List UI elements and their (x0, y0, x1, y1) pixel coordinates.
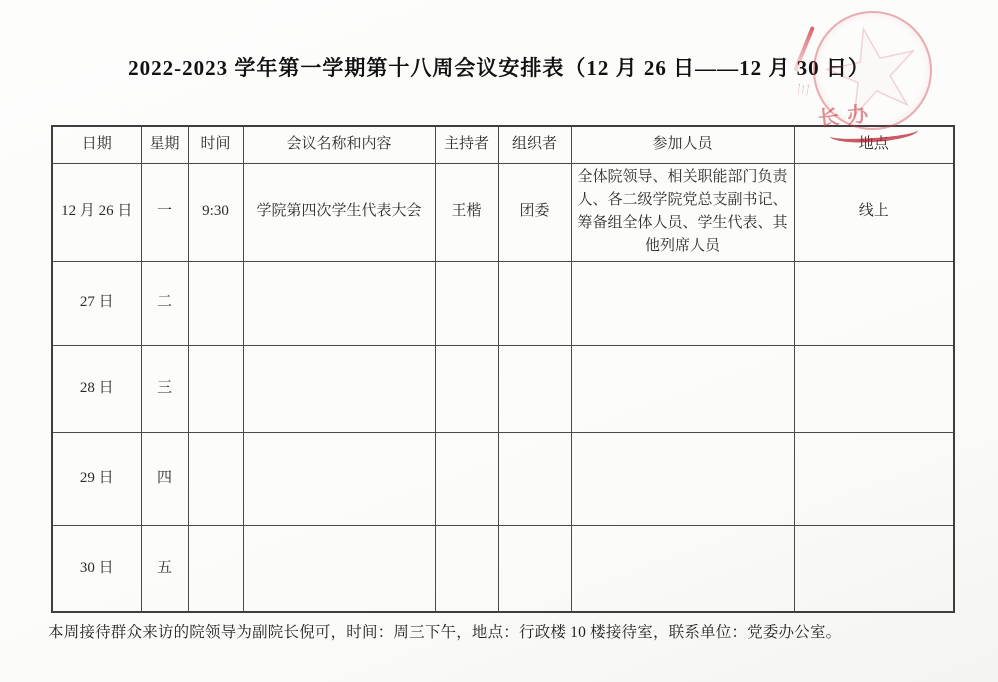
table-row: 28 日 三 (52, 345, 954, 432)
cell-organizer (498, 261, 571, 345)
cell-weekday: 一 (141, 163, 188, 261)
table-row: 12 月 26 日 一 9:30 学院第四次学生代表大会 王楷 团委 全体院领导… (52, 163, 954, 261)
cell-weekday: 二 (141, 261, 188, 345)
header-cell-time: 时间 (188, 126, 243, 163)
header-cell-organizer: 组织者 (498, 126, 571, 163)
cell-host: 王楷 (435, 163, 498, 261)
table-row: 29 日 四 (52, 432, 954, 525)
cell-time (188, 432, 243, 525)
cell-time (188, 525, 243, 612)
cell-date: 30 日 (52, 525, 141, 612)
cell-date: 29 日 (52, 432, 141, 525)
cell-meeting (243, 432, 435, 525)
cell-time: 9:30 (188, 163, 243, 261)
cell-weekday: 五 (141, 525, 188, 612)
cell-meeting (243, 345, 435, 432)
cell-participants (571, 261, 794, 345)
header-cell-host: 主持者 (435, 126, 498, 163)
cell-organizer (498, 525, 571, 612)
cell-participants: 全体院领导、相关职能部门负责人、各二级学院党总支副书记、筹备组全体人员、学生代表… (571, 163, 794, 261)
cell-organizer: 团委 (498, 163, 571, 261)
cell-host (435, 261, 498, 345)
cell-location (794, 432, 954, 525)
cell-participants (571, 432, 794, 525)
stamp-side-mark: 三 (792, 81, 813, 97)
header-cell-weekday: 星期 (141, 126, 188, 163)
footer-note: 本周接待群众来访的院领导为副院长倪可，时间：周三下午，地点：行政楼 10 楼接待… (48, 620, 968, 642)
cell-organizer (498, 345, 571, 432)
cell-time (188, 261, 243, 345)
cell-meeting (243, 525, 435, 612)
cell-weekday: 四 (141, 432, 188, 525)
cell-organizer (498, 432, 571, 525)
header-cell-meeting: 会议名称和内容 (243, 126, 435, 163)
table-row: 30 日 五 (52, 525, 954, 612)
cell-location (794, 525, 954, 612)
header-cell-location: 地点 (794, 126, 954, 163)
cell-date: 27 日 (52, 261, 141, 345)
cell-date: 28 日 (52, 345, 141, 432)
header-cell-participants: 参加人员 (571, 126, 794, 163)
cell-participants (571, 525, 794, 612)
cell-host (435, 525, 498, 612)
header-cell-date: 日期 (52, 126, 141, 163)
scanned-document-page: 2022-2023 学年第一学期第十八周会议安排表（12 月 26 日——12 … (0, 0, 998, 682)
cell-participants (571, 345, 794, 432)
schedule-table: 日期 星期 时间 会议名称和内容 主持者 组织者 参加人员 地点 12 月 26… (51, 125, 955, 613)
cell-location (794, 261, 954, 345)
page-title: 2022-2023 学年第一学期第十八周会议安排表（12 月 26 日——12 … (0, 52, 998, 82)
table-header-row: 日期 星期 时间 会议名称和内容 主持者 组织者 参加人员 地点 (52, 126, 954, 163)
cell-host (435, 345, 498, 432)
cell-meeting (243, 261, 435, 345)
cell-host (435, 432, 498, 525)
cell-date: 12 月 26 日 (52, 163, 141, 261)
cell-meeting: 学院第四次学生代表大会 (243, 163, 435, 261)
cell-weekday: 三 (141, 345, 188, 432)
cell-location: 线上 (794, 163, 954, 261)
table-row: 27 日 二 (52, 261, 954, 345)
cell-time (188, 345, 243, 432)
cell-location (794, 345, 954, 432)
